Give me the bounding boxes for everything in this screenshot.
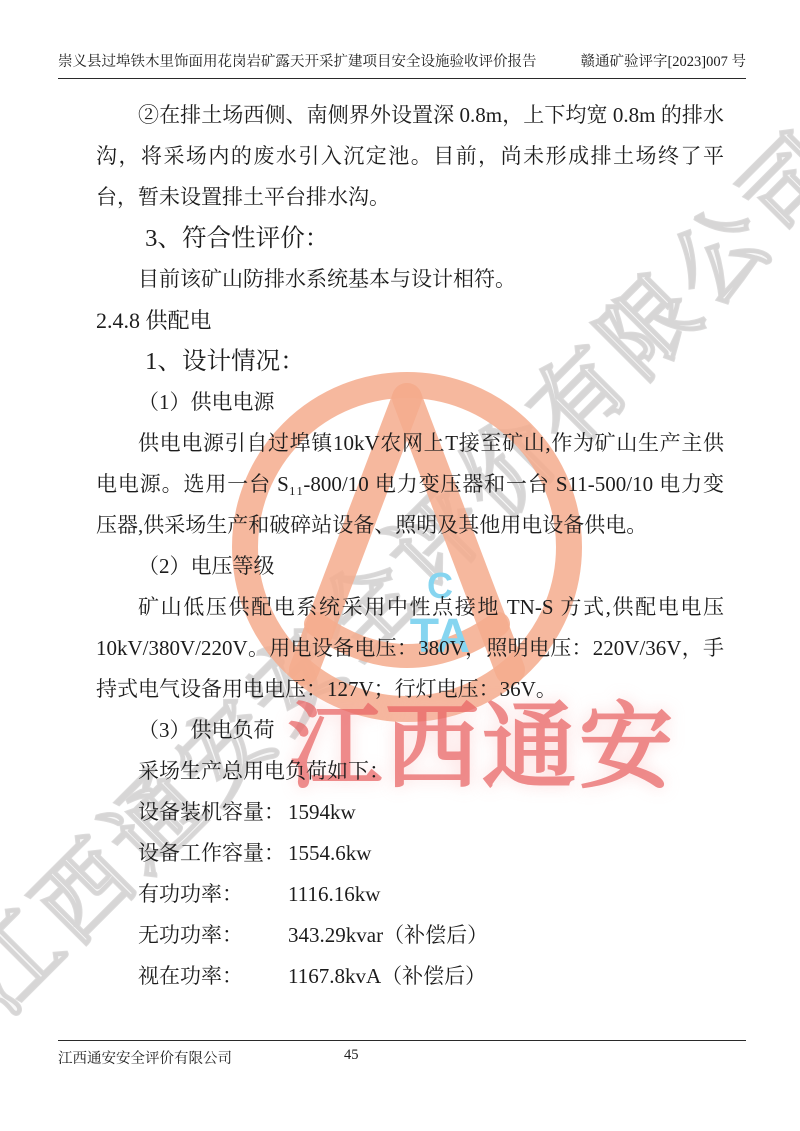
load-list-item: 设备装机容量： 1594kw [96, 792, 724, 833]
heading-design-situation: 1、设计情况： [96, 341, 724, 382]
load-list-item: 无功功率： 343.29kvar（补偿后） [96, 915, 724, 956]
load-label: 视在功率： [138, 956, 288, 997]
load-value: 1167.8kvA（补偿后） [288, 956, 724, 997]
footer-page-number: 45 [344, 1047, 359, 1064]
paragraph-load-intro: 采场生产总用电负荷如下： [96, 751, 724, 792]
page-header: 崇义县过埠铁木里饰面用花岗岩矿露天开采扩建项目安全设施验收评价报告 赣通矿验评字… [58, 50, 746, 79]
load-list-item: 有功功率： 1116.16kw [96, 874, 724, 915]
heading-compliance-evaluation: 3、符合性评价： [96, 218, 724, 259]
load-label: 设备装机容量： [138, 792, 288, 833]
header-document-number: 赣通矿验评字[2023]007 号 [580, 50, 746, 71]
load-value: 1116.16kw [288, 874, 724, 915]
footer-company-name: 江西通安安全评价有限公司 [58, 1051, 232, 1067]
load-value: 1594kw [288, 792, 724, 833]
subheading-power-load: （3）供电负荷 [96, 710, 724, 751]
load-label: 有功功率： [138, 874, 288, 915]
load-value: 343.29kvar（补偿后） [288, 915, 724, 956]
load-value: 1554.6kw [288, 833, 724, 874]
document-body: ②在排土场西侧、南侧界外设置深 0.8m，上下均宽 0.8m 的排水沟，将采场内… [96, 95, 724, 997]
load-label: 无功功率： [138, 915, 288, 956]
report-page: 江西通安安全评价有限公司 C TA 江西通安 崇义县过埠铁木里饰面用花岗岩矿露天… [0, 0, 800, 1131]
paragraph-voltage-detail: 矿山低压供配电系统采用中性点接地 TN-S 方式,供配电电压10kV/380V/… [96, 587, 724, 710]
paragraph-power-source-detail: 供电电源引自过埠镇10kV农网上T接至矿山,作为矿山生产主供电电源。选用一台 S… [96, 423, 724, 546]
paragraph-compliance-result: 目前该矿山防排水系统基本与设计相符。 [96, 259, 724, 300]
subheading-voltage-level: （2）电压等级 [96, 546, 724, 587]
load-list-item: 设备工作容量： 1554.6kw [96, 833, 724, 874]
paragraph-drainage-ditch: ②在排土场西侧、南侧界外设置深 0.8m，上下均宽 0.8m 的排水沟，将采场内… [96, 95, 724, 218]
subheading-power-source: （1）供电电源 [96, 382, 724, 423]
header-report-title: 崇义县过埠铁木里饰面用花岗岩矿露天开采扩建项目安全设施验收评价报告 [58, 50, 537, 71]
heading-power-supply-section: 2.4.8 供配电 [96, 300, 724, 341]
load-label: 设备工作容量： [138, 833, 288, 874]
load-list-item: 视在功率： 1167.8kvA（补偿后） [96, 956, 724, 997]
page-footer: 江西通安安全评价有限公司 45 [58, 1040, 746, 1068]
